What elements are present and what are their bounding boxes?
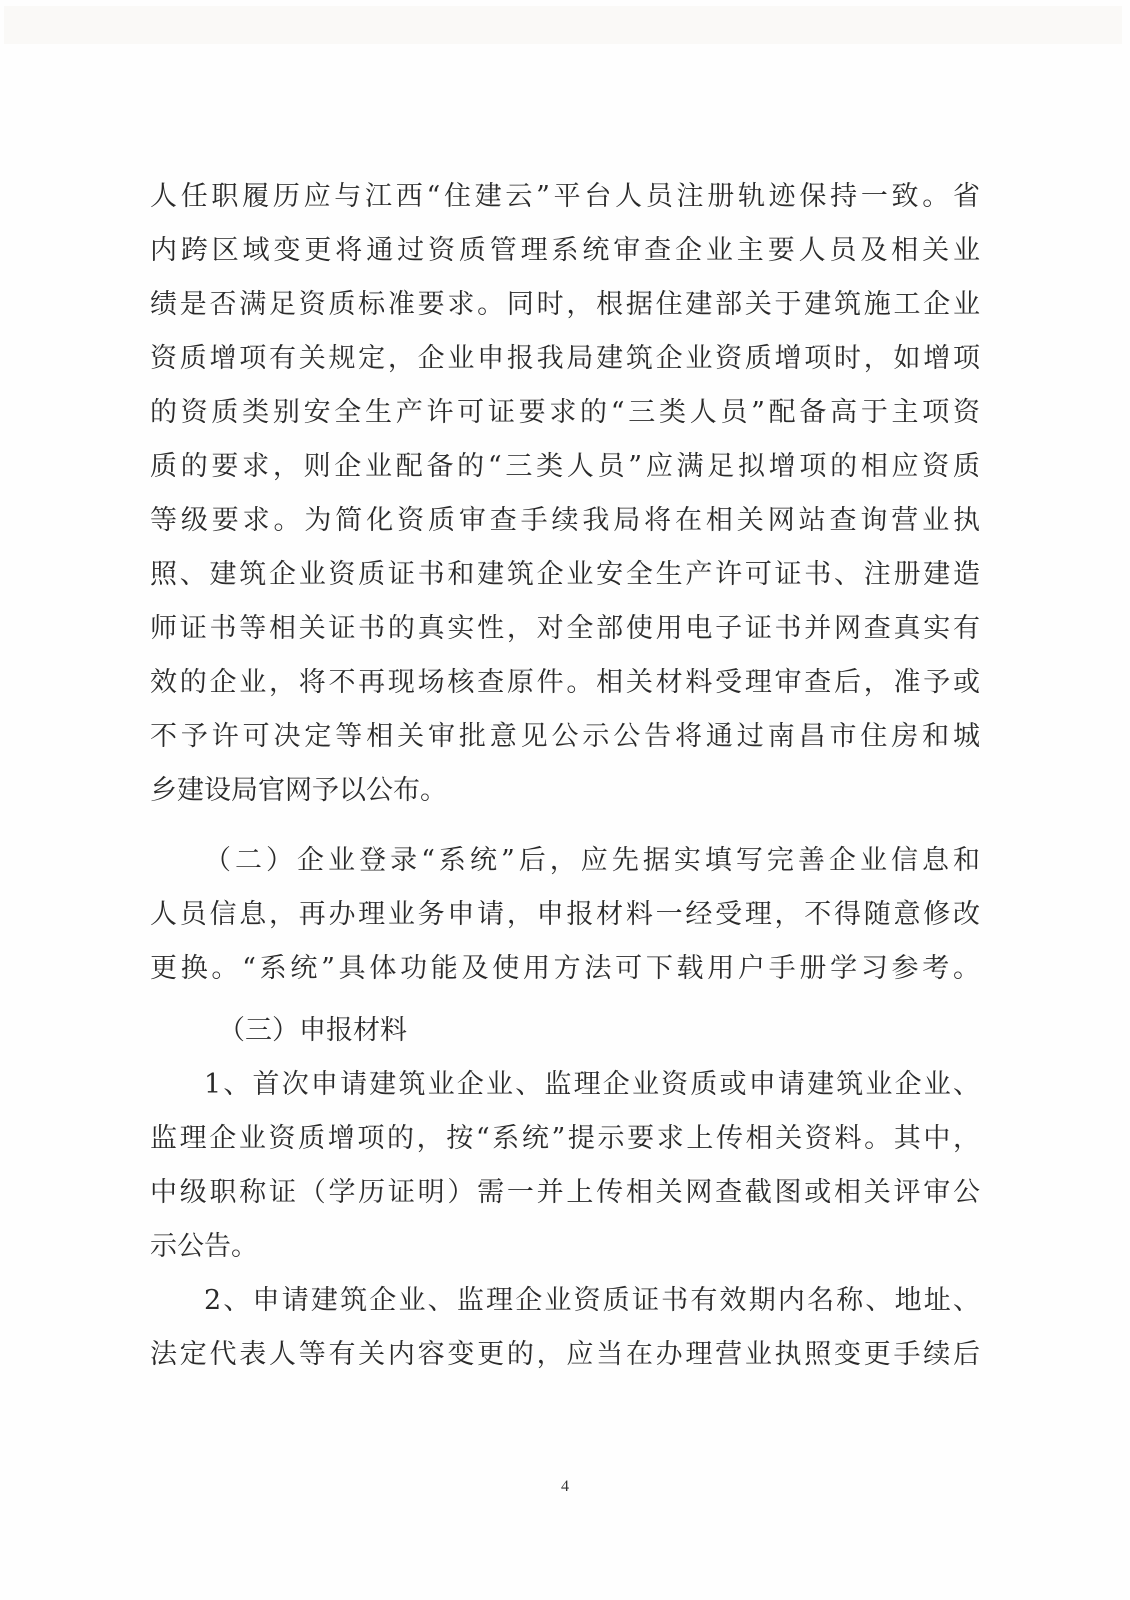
paragraph-system-login: （二）企业登录“系统”后，应先据实填写完善企业信息和 人员信息，再办理业务申请，…	[150, 839, 980, 1001]
text-line: 内跨区域变更将通过资质管理系统审查企业主要人员及相关业	[150, 229, 980, 283]
text-line: 资质增项有关规定，企业申报我局建筑企业资质增项时，如增项	[150, 337, 980, 391]
text-line: 质的要求，则企业配备的“三类人员”应满足拟增项的相应资质	[150, 445, 980, 499]
text-line: 人员信息，再办理业务申请，申报材料一经受理，不得随意修改	[150, 893, 980, 947]
text-line: 更换。“系统”具体功能及使用方法可下载用户手册学习参考。	[150, 947, 980, 1001]
text-line: 不予许可决定等相关审批意见公示公告将通过南昌市住房和城	[150, 715, 980, 769]
text-line: 2、申请建筑企业、监理企业资质证书有效期内名称、地址、	[150, 1279, 980, 1333]
text-line: 照、建筑企业资质证书和建筑企业安全生产许可证书、注册建造	[150, 553, 980, 607]
text-line: 等级要求。为简化资质审查手续我局将在相关网站查询营业执	[150, 499, 980, 553]
text-line: 法定代表人等有关内容变更的，应当在办理营业执照变更手续后	[150, 1333, 980, 1387]
text-line: 效的企业，将不再现场核查原件。相关材料受理审查后，准予或	[150, 661, 980, 715]
text-line: 中级职称证（学历证明）需一并上传相关网查截图或相关评审公	[150, 1171, 980, 1225]
text-line: 的资质类别安全生产许可证要求的“三类人员”配备高于主项资	[150, 391, 980, 445]
list-item-change-application: 2、申请建筑企业、监理企业资质证书有效期内名称、地址、 法定代表人等有关内容变更…	[150, 1279, 980, 1387]
paragraph-qualification-review: 人任职履历应与江西“住建云”平台人员注册轨迹保持一致。省 内跨区域变更将通过资质…	[150, 175, 980, 823]
list-item-first-application: 1、首次申请建筑业企业、监理企业资质或申请建筑业企业、 监理企业资质增项的，按“…	[150, 1063, 980, 1279]
text-line: 示公告。	[150, 1225, 980, 1279]
document-page: 人任职履历应与江西“住建云”平台人员注册轨迹保持一致。省 内跨区域变更将通过资质…	[150, 175, 980, 1387]
section-heading-application-materials: （三）申报材料	[150, 1009, 980, 1063]
text-line: 乡建设局官网予以公布。	[150, 769, 980, 823]
scan-bleed-strip	[4, 6, 1122, 44]
text-line: 绩是否满足资质标准要求。同时，根据住建部关于建筑施工企业	[150, 283, 980, 337]
page-number: 4	[0, 1478, 1130, 1496]
text-line: 人任职履历应与江西“住建云”平台人员注册轨迹保持一致。省	[150, 175, 980, 229]
text-line: 监理企业资质增项的，按“系统”提示要求上传相关资料。其中，	[150, 1117, 980, 1171]
text-line: （二）企业登录“系统”后，应先据实填写完善企业信息和	[150, 839, 980, 893]
text-line: 1、首次申请建筑业企业、监理企业资质或申请建筑业企业、	[150, 1063, 980, 1117]
text-line: 师证书等相关证书的真实性，对全部使用电子证书并网查真实有	[150, 607, 980, 661]
